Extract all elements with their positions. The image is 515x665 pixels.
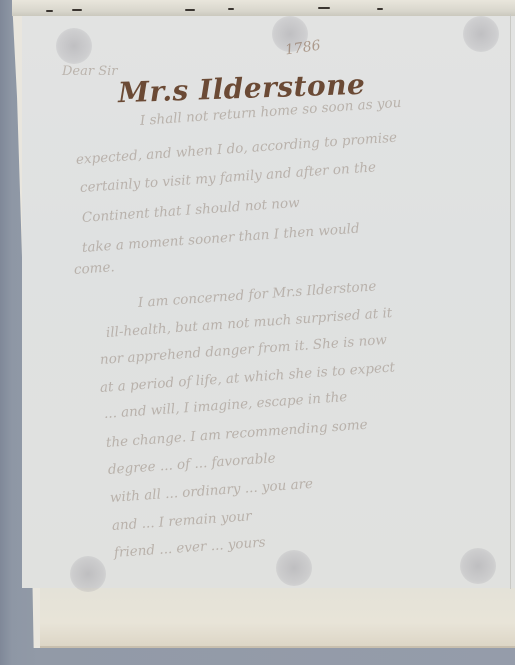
salutation: Dear Sir bbox=[62, 64, 118, 79]
bottom-fold bbox=[40, 588, 515, 648]
ink-mark bbox=[72, 9, 82, 11]
ink-mark bbox=[377, 8, 383, 10]
pin-hole-stain bbox=[70, 556, 106, 592]
ink-mark bbox=[228, 8, 234, 10]
pin-hole-stain bbox=[460, 548, 496, 584]
ink-mark bbox=[185, 9, 195, 11]
pin-hole-stain bbox=[463, 16, 499, 52]
pin-hole-stain bbox=[276, 550, 312, 586]
letter-line: come. bbox=[73, 259, 115, 278]
page-edge bbox=[510, 14, 511, 589]
top-fold bbox=[12, 0, 515, 16]
ink-mark bbox=[46, 10, 53, 12]
pin-hole-stain bbox=[56, 28, 92, 64]
ink-mark bbox=[318, 7, 330, 9]
